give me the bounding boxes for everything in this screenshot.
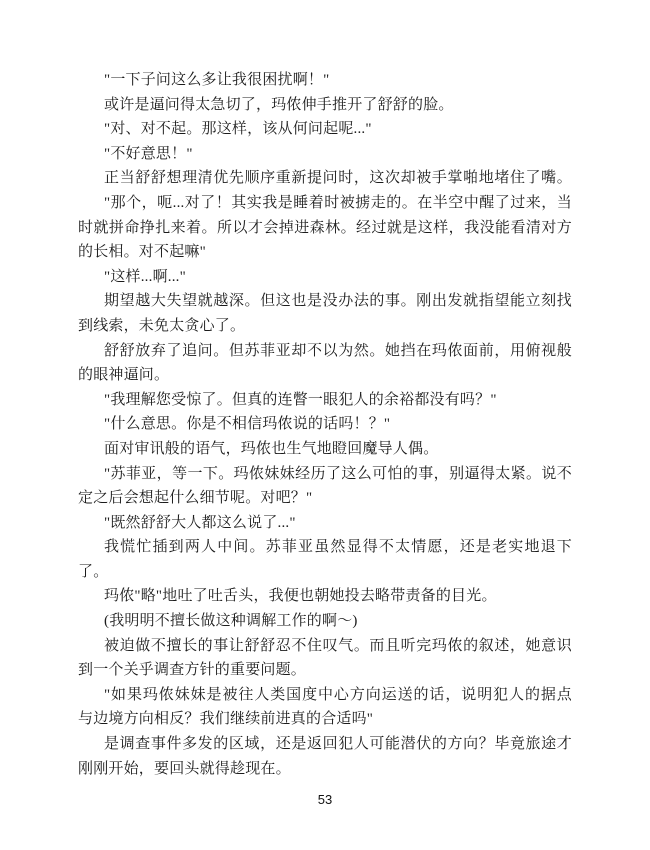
text-line: 到一个关乎调查方针的重要问题。 xyxy=(78,658,572,683)
text-line: 了。 xyxy=(78,560,572,585)
text-line: 玛侬"略"地吐了吐舌头，我便也朝她投去略带责备的目光。 xyxy=(78,584,572,609)
text-line: 的长相。对不起嘛" xyxy=(78,240,572,265)
text-line: 的眼神逼问。 xyxy=(78,363,572,388)
text-line: 被迫做不擅长的事让舒舒忍不住叹气。而且听完玛侬的叙述，她意识 xyxy=(78,634,572,659)
text-line: "苏菲亚，等一下。玛侬妹妹经历了这么可怕的事，别逼得太紧。说不 xyxy=(78,462,572,487)
text-line: (我明明不擅长做这种调解工作的啊～) xyxy=(78,609,572,634)
text-line: 我慌忙插到两人中间。苏菲亚虽然显得不太情愿，还是老实地退下 xyxy=(78,535,572,560)
text-line: "如果玛侬妹妹是被往人类国度中心方向运送的话，说明犯人的据点 xyxy=(78,683,572,708)
text-line: "我理解您受惊了。但真的连瞥一眼犯人的余裕都没有吗？" xyxy=(78,388,572,413)
text-line: 是调查事件多发的区域，还是返回犯人可能潜伏的方向？毕竟旅途才 xyxy=(78,732,572,757)
text-line: 正当舒舒想理清优先顺序重新提问时，这次却被手掌啪地堵住了嘴。 xyxy=(78,166,572,191)
text-line: "一下子问这么多让我很困扰啊！" xyxy=(78,68,572,93)
text-line: "对、对不起。那这样，该从何问起呢..." xyxy=(78,117,572,142)
text-line: "那个，呃...对了！其实我是睡着时被掳走的。在半空中醒了过来，当 xyxy=(78,191,572,216)
text-line: "这样...啊..." xyxy=(78,265,572,290)
text-line: 或许是逼问得太急切了，玛侬伸手推开了舒舒的脸。 xyxy=(78,93,572,118)
text-line: 刚刚开始，要回头就得趁现在。 xyxy=(78,757,572,782)
text-line: 舒舒放弃了追问。但苏菲亚却不以为然。她挡在玛侬面前，用俯视般 xyxy=(78,339,572,364)
text-line: "什么意思。你是不相信玛侬说的话吗！？" xyxy=(78,412,572,437)
text-line: 面对审讯般的语气，玛侬也生气地瞪回魔导人偶。 xyxy=(78,437,572,462)
text-line: 期望越大失望就越深。但这也是没办法的事。刚出发就指望能立刻找 xyxy=(78,289,572,314)
page-text: "一下子问这么多让我很困扰啊！" 或许是逼问得太急切了，玛侬伸手推开了舒舒的脸。… xyxy=(78,68,572,781)
text-line: 到线索，未免太贪心了。 xyxy=(78,314,572,339)
document-page: "一下子问这么多让我很困扰啊！" 或许是逼问得太急切了，玛侬伸手推开了舒舒的脸。… xyxy=(0,0,650,850)
text-line: "既然舒舒大人都这么说了..." xyxy=(78,511,572,536)
text-line: 时就拼命挣扎来着。所以才会掉进森林。经过就是这样，我没能看清对方 xyxy=(78,216,572,241)
text-line: 与边境方向相反？我们继续前进真的合适吗" xyxy=(78,707,572,732)
text-line: "不好意思！" xyxy=(78,142,572,167)
page-number: 53 xyxy=(0,792,650,807)
text-line: 定之后会想起什么细节呢。对吧？" xyxy=(78,486,572,511)
